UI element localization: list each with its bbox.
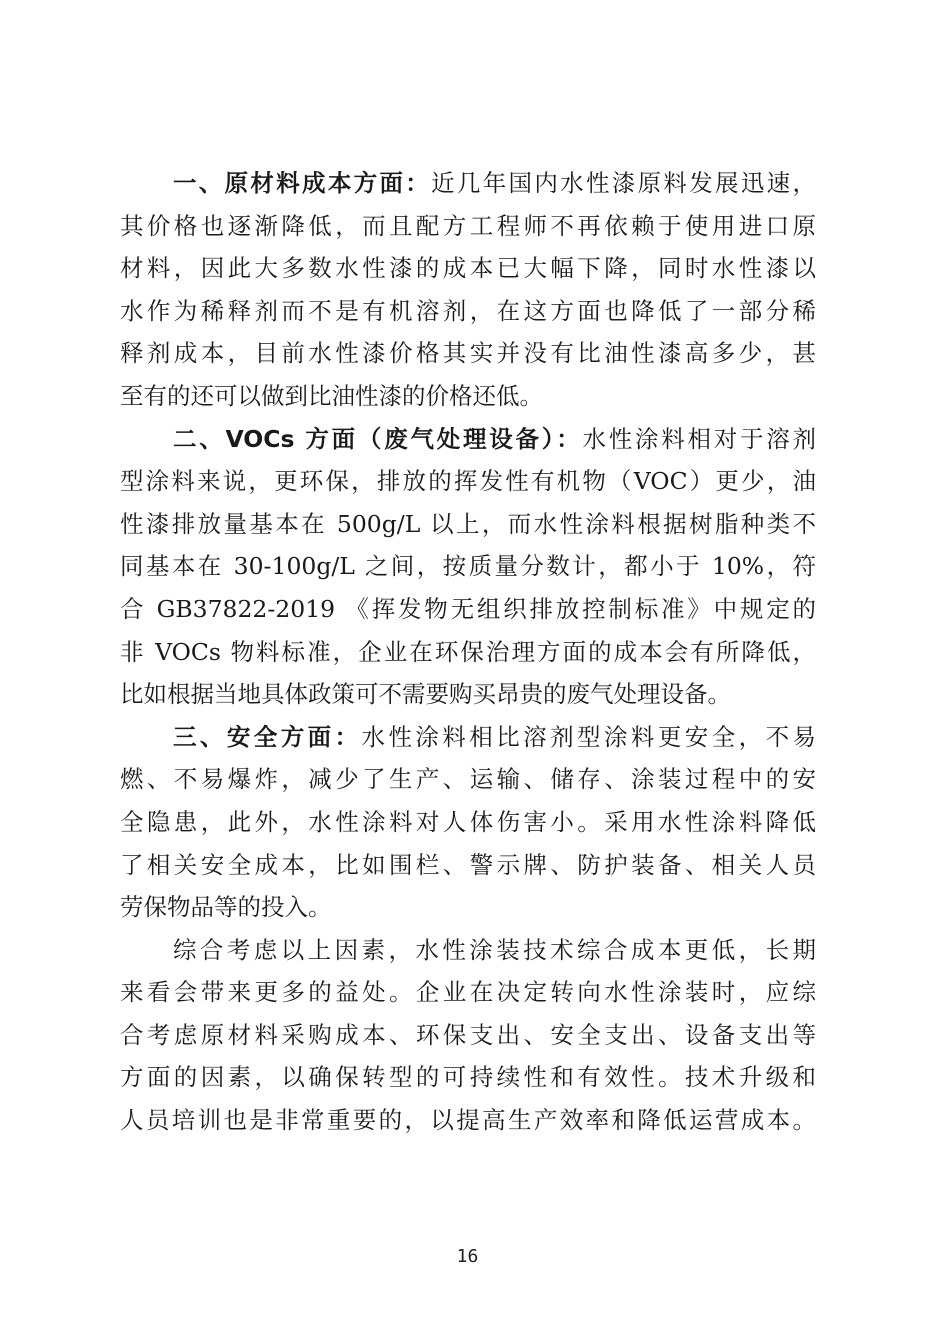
paragraph-line: 综合考虑以上因素，水性涂装技术综合成本更低，长期 bbox=[120, 929, 816, 972]
section-heading: 三、安全方面： bbox=[173, 723, 362, 751]
paragraph-line: 材料，因此大多数水性漆的成本已大幅下降，同时水性漆以 bbox=[120, 247, 816, 290]
text-run: 近几年国内水性漆原料发展迅速， bbox=[431, 169, 816, 197]
section-heading: 一、原材料成本方面： bbox=[173, 169, 431, 197]
paragraph-line: 同基本在 30-100g/L 之间，按质量分数计，都小于 10%，符 bbox=[120, 545, 816, 588]
paragraph-line: 三、安全方面：水性涂料相比溶剂型涂料更安全，不易 bbox=[120, 716, 816, 759]
document-body: 一、原材料成本方面：近几年国内水性漆原料发展迅速， 其价格也逐渐降低，而且配方工… bbox=[120, 162, 816, 1142]
paragraph-line: 型涂料来说，更环保，排放的挥发性有机物（VOC）更少，油 bbox=[120, 460, 816, 503]
paragraph-safety: 三、安全方面：水性涂料相比溶剂型涂料更安全，不易 燃、不易爆炸，减少了生产、运输… bbox=[120, 716, 816, 929]
paragraph-line: 二、VOCs 方面（废气处理设备）：水性涂料相对于溶剂 bbox=[120, 418, 816, 461]
paragraph-raw-material-cost: 一、原材料成本方面：近几年国内水性漆原料发展迅速， 其价格也逐渐降低，而且配方工… bbox=[120, 162, 816, 418]
paragraph-line: 劳保物品等的投入。 bbox=[120, 886, 816, 929]
section-heading: 二、VOCs 方面（废气处理设备）： bbox=[173, 425, 582, 453]
paragraph-line: 合 GB37822-2019 《挥发物无组织排放控制标准》中规定的 bbox=[120, 588, 816, 631]
paragraph-line: 人员培训也是非常重要的，以提高生产效率和降低运营成本。 bbox=[120, 1099, 816, 1142]
paragraph-line: 方面的因素，以确保转型的可持续性和有效性。技术升级和 bbox=[120, 1056, 816, 1099]
paragraph-line: 其价格也逐渐降低，而且配方工程师不再依赖于使用进口原 bbox=[120, 205, 816, 248]
paragraph-line: 释剂成本，目前水性漆价格其实并没有比油性漆高多少，甚 bbox=[120, 332, 816, 375]
text-run: 水性涂料相比溶剂型涂料更安全，不易 bbox=[362, 723, 816, 751]
paragraph-line: 比如根据当地具体政策可不需要购买昂贵的废气处理设备。 bbox=[120, 673, 816, 716]
paragraph-line: 合考虑原材料采购成本、环保支出、安全支出、设备支出等 bbox=[120, 1014, 816, 1057]
paragraph-line: 至有的还可以做到比油性漆的价格还低。 bbox=[120, 375, 816, 418]
paragraph-conclusion: 综合考虑以上因素，水性涂装技术综合成本更低，长期 来看会带来更多的益处。企业在决… bbox=[120, 929, 816, 1142]
paragraph-line: 性漆排放量基本在 500g/L 以上，而水性涂料根据树脂种类不 bbox=[120, 503, 816, 546]
paragraph-line: 燃、不易爆炸，减少了生产、运输、储存、涂装过程中的安 bbox=[120, 758, 816, 801]
paragraph-line: 来看会带来更多的益处。企业在决定转向水性涂装时，应综 bbox=[120, 971, 816, 1014]
paragraph-vocs: 二、VOCs 方面（废气处理设备）：水性涂料相对于溶剂 型涂料来说，更环保，排放… bbox=[120, 418, 816, 716]
paragraph-line: 水作为稀释剂而不是有机溶剂，在这方面也降低了一部分稀 bbox=[120, 290, 816, 333]
paragraph-line: 非 VOCs 物料标准，企业在环保治理方面的成本会有所降低， bbox=[120, 631, 816, 674]
paragraph-line: 一、原材料成本方面：近几年国内水性漆原料发展迅速， bbox=[120, 162, 816, 205]
paragraph-line: 全隐患，此外，水性涂料对人体伤害小。采用水性涂料降低 bbox=[120, 801, 816, 844]
paragraph-line: 了相关安全成本，比如围栏、警示牌、防护装备、相关人员 bbox=[120, 844, 816, 887]
page-number: 16 bbox=[0, 1246, 935, 1267]
text-run: 水性涂料相对于溶剂 bbox=[582, 425, 816, 453]
